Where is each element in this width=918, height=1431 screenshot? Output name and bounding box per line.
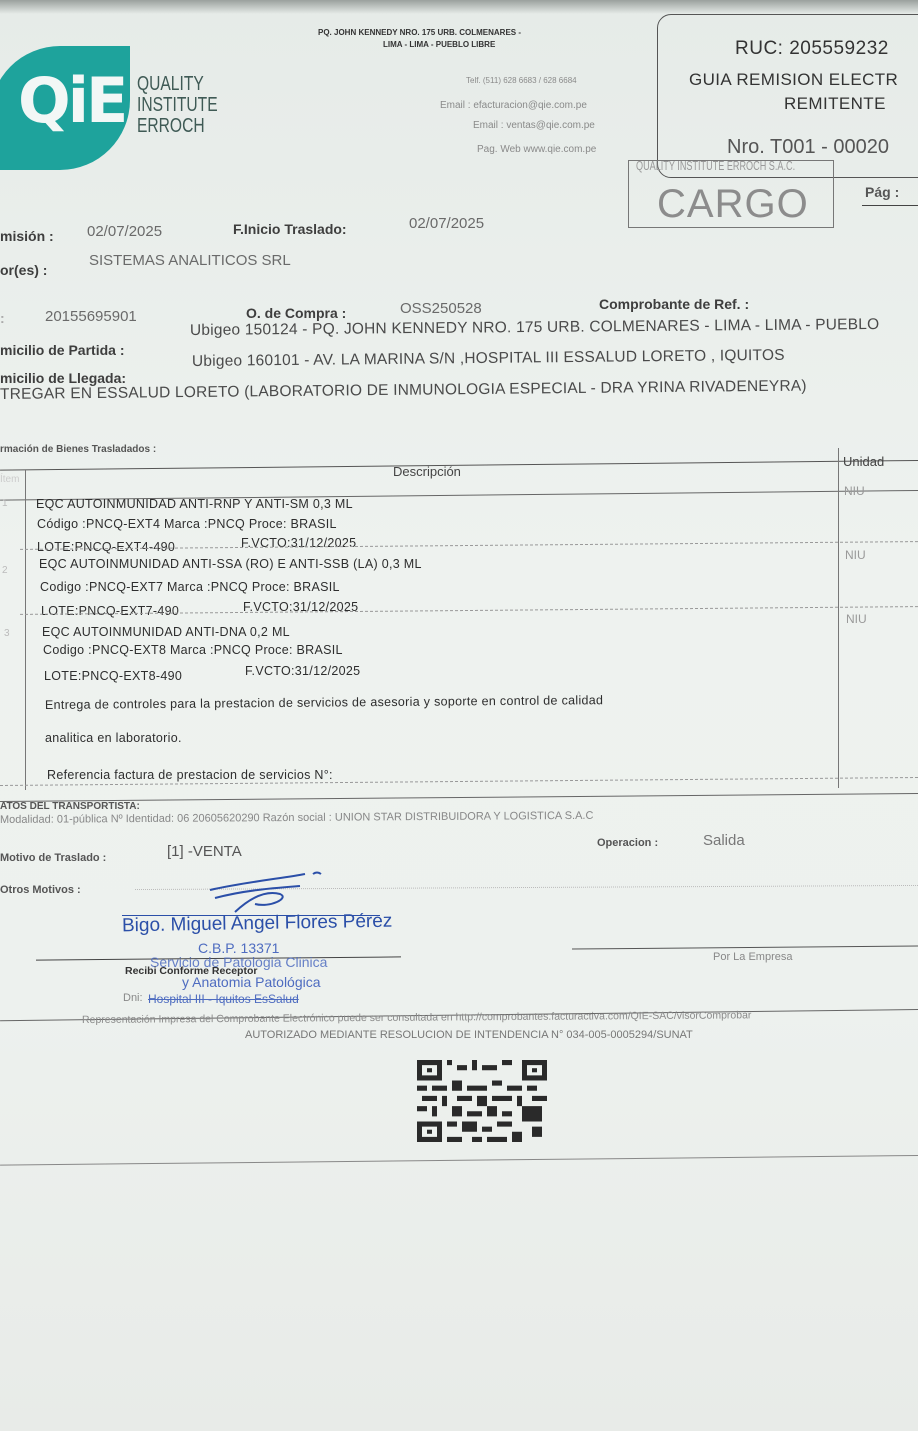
item-unit: NIU <box>846 612 867 626</box>
cargo-stamp-company: QUALITY INSTITUTE ERROCH S.A.C. <box>636 158 795 173</box>
company-signature-label: Por La Empresa <box>713 951 792 963</box>
destinatario-value: SISTEMAS ANALITICOS SRL <box>89 252 291 269</box>
destinatario-label: or(es) : <box>0 262 47 278</box>
invoice-reference: Referencia factura de prestacion de serv… <box>47 768 333 782</box>
inicio-traslado-value: 02/07/2025 <box>409 215 484 232</box>
cargo-stamp: CARGO <box>657 182 809 227</box>
col-description-header: Descripción <box>393 464 461 479</box>
photo-edge-shadow <box>0 0 918 14</box>
dni-label: Dni: <box>123 992 143 1004</box>
row-number: 3 <box>4 628 10 639</box>
orden-compra-label: O. de Compra : <box>246 305 346 321</box>
table-item-divider <box>25 470 26 790</box>
company-name-line: QUALITY <box>137 74 218 95</box>
item-expiry: F.VCTO:31/12/2025 <box>241 536 356 550</box>
transport-details: Modalidad: 01-pública Nº Identidad: 06 2… <box>0 810 593 826</box>
operacion-label: Operacion : <box>597 837 658 849</box>
orden-compra-value: OSS250528 <box>400 300 482 317</box>
handwritten-signature <box>195 868 335 918</box>
receiver-stamp-hospital: Hospital III - Iquitos EsSalud <box>148 992 299 1006</box>
company-address-line1: PQ. JOHN KENNEDY NRO. 175 URB. COLMENARE… <box>318 28 521 37</box>
company-name-line: ERROCH <box>137 116 218 137</box>
document-type: GUIA REMISION ELECTR <box>689 70 898 90</box>
ruc-destinatario-value: 20155695901 <box>45 308 137 325</box>
goods-remark-line2: analitica en laboratorio. <box>45 731 182 745</box>
row-number: 2 <box>2 565 8 576</box>
item-lot: LOTE:PNCQ-EXT7-490 <box>41 604 179 618</box>
ruc-number: RUC: 205559232 <box>735 38 889 60</box>
emision-label: misión : <box>0 228 54 244</box>
footer-authorization: AUTORIZADO MEDIANTE RESOLUCION DE INTEND… <box>245 1029 693 1041</box>
company-name: QUALITY INSTITUTE ERROCH <box>137 74 218 137</box>
item-code: Codigo :PNCQ-EXT8 Marca :PNCQ Proce: BRA… <box>43 643 343 657</box>
item-unit: NIU <box>844 484 865 498</box>
page-underline <box>862 205 918 206</box>
qr-code-icon <box>417 1060 547 1142</box>
document-subtype: REMITENTE <box>784 94 886 114</box>
emision-value: 02/07/2025 <box>87 223 162 240</box>
row-number: 1 <box>2 498 8 509</box>
item-unit: NIU <box>845 548 866 562</box>
item-description: EQC AUTOINMUNIDAD ANTI-DNA 0,2 ML <box>42 625 290 639</box>
motivo-label: Motivo de Traslado : <box>0 852 106 864</box>
partida-label: micilio de Partida : <box>0 342 124 358</box>
table-unit-divider <box>838 448 839 788</box>
motivo-value: [1] -VENTA <box>167 843 242 860</box>
goods-remark-line1: Entrega de controles para la prestacion … <box>45 693 603 712</box>
company-address-line2: LIMA - LIMA - PUEBLO LIBRE <box>383 40 495 49</box>
item-code: Código :PNCQ-EXT4 Marca :PNCQ Proce: BRA… <box>37 517 337 531</box>
company-phone: Telf. (511) 628 6683 / 628 6684 <box>466 76 577 85</box>
company-email-billing[interactable]: Email : efacturacion@qie.com.pe <box>440 100 587 111</box>
operacion-value: Salida <box>703 832 745 849</box>
company-logo-mark: QiE <box>18 70 125 132</box>
goods-section-label: rmación de Bienes Trasladados : <box>0 444 156 455</box>
footer-consult-note: Representación Impresa del Comprobante E… <box>82 1009 751 1026</box>
llegada-label: micilio de Llegada: <box>0 370 126 386</box>
receiver-stamp-dept: y Anatomia Patológica <box>182 974 321 990</box>
llegada-value: Ubigeo 160101 - AV. LA MARINA S/N ,HOSPI… <box>192 347 785 371</box>
col-item-header: Ítem <box>0 474 19 485</box>
page-bottom-border <box>0 1155 918 1166</box>
company-email-sales[interactable]: Email : ventas@qie.com.pe <box>473 120 595 131</box>
transport-section-label: ATOS DEL TRANSPORTISTA: <box>0 801 140 812</box>
comprobante-ref-label: Comprobante de Ref. : <box>599 296 749 312</box>
col-unit-header: Unidad <box>843 454 884 469</box>
item-description: EQC AUTOINMUNIDAD ANTI-SSA (RO) E ANTI-S… <box>39 557 422 571</box>
item-lot: LOTE:PNCQ-EXT8-490 <box>44 669 182 683</box>
item-description: EQC AUTOINMUNIDAD ANTI-RNP Y ANTI-SM 0,3… <box>36 497 353 511</box>
ruc-destinatario-label: : <box>0 310 5 326</box>
receiver-stamp-name: Bigo. Miguel Angel Flores Pérez <box>122 911 393 938</box>
otros-motivos-label: Otros Motivos : <box>0 884 81 896</box>
item-code: Codigo :PNCQ-EXT7 Marca :PNCQ Proce: BRA… <box>40 580 340 594</box>
company-website[interactable]: Pag. Web www.qie.com.pe <box>477 144 596 155</box>
company-name-line: INSTITUTE <box>137 95 218 116</box>
page-label: Pág : <box>865 184 899 200</box>
company-signature-line <box>572 945 918 949</box>
item-expiry: F.VCTO:31/12/2025 <box>245 664 360 678</box>
document-number: Nro. T001 - 00020 <box>727 136 889 159</box>
inicio-traslado-label: F.Inicio Traslado: <box>233 221 347 237</box>
